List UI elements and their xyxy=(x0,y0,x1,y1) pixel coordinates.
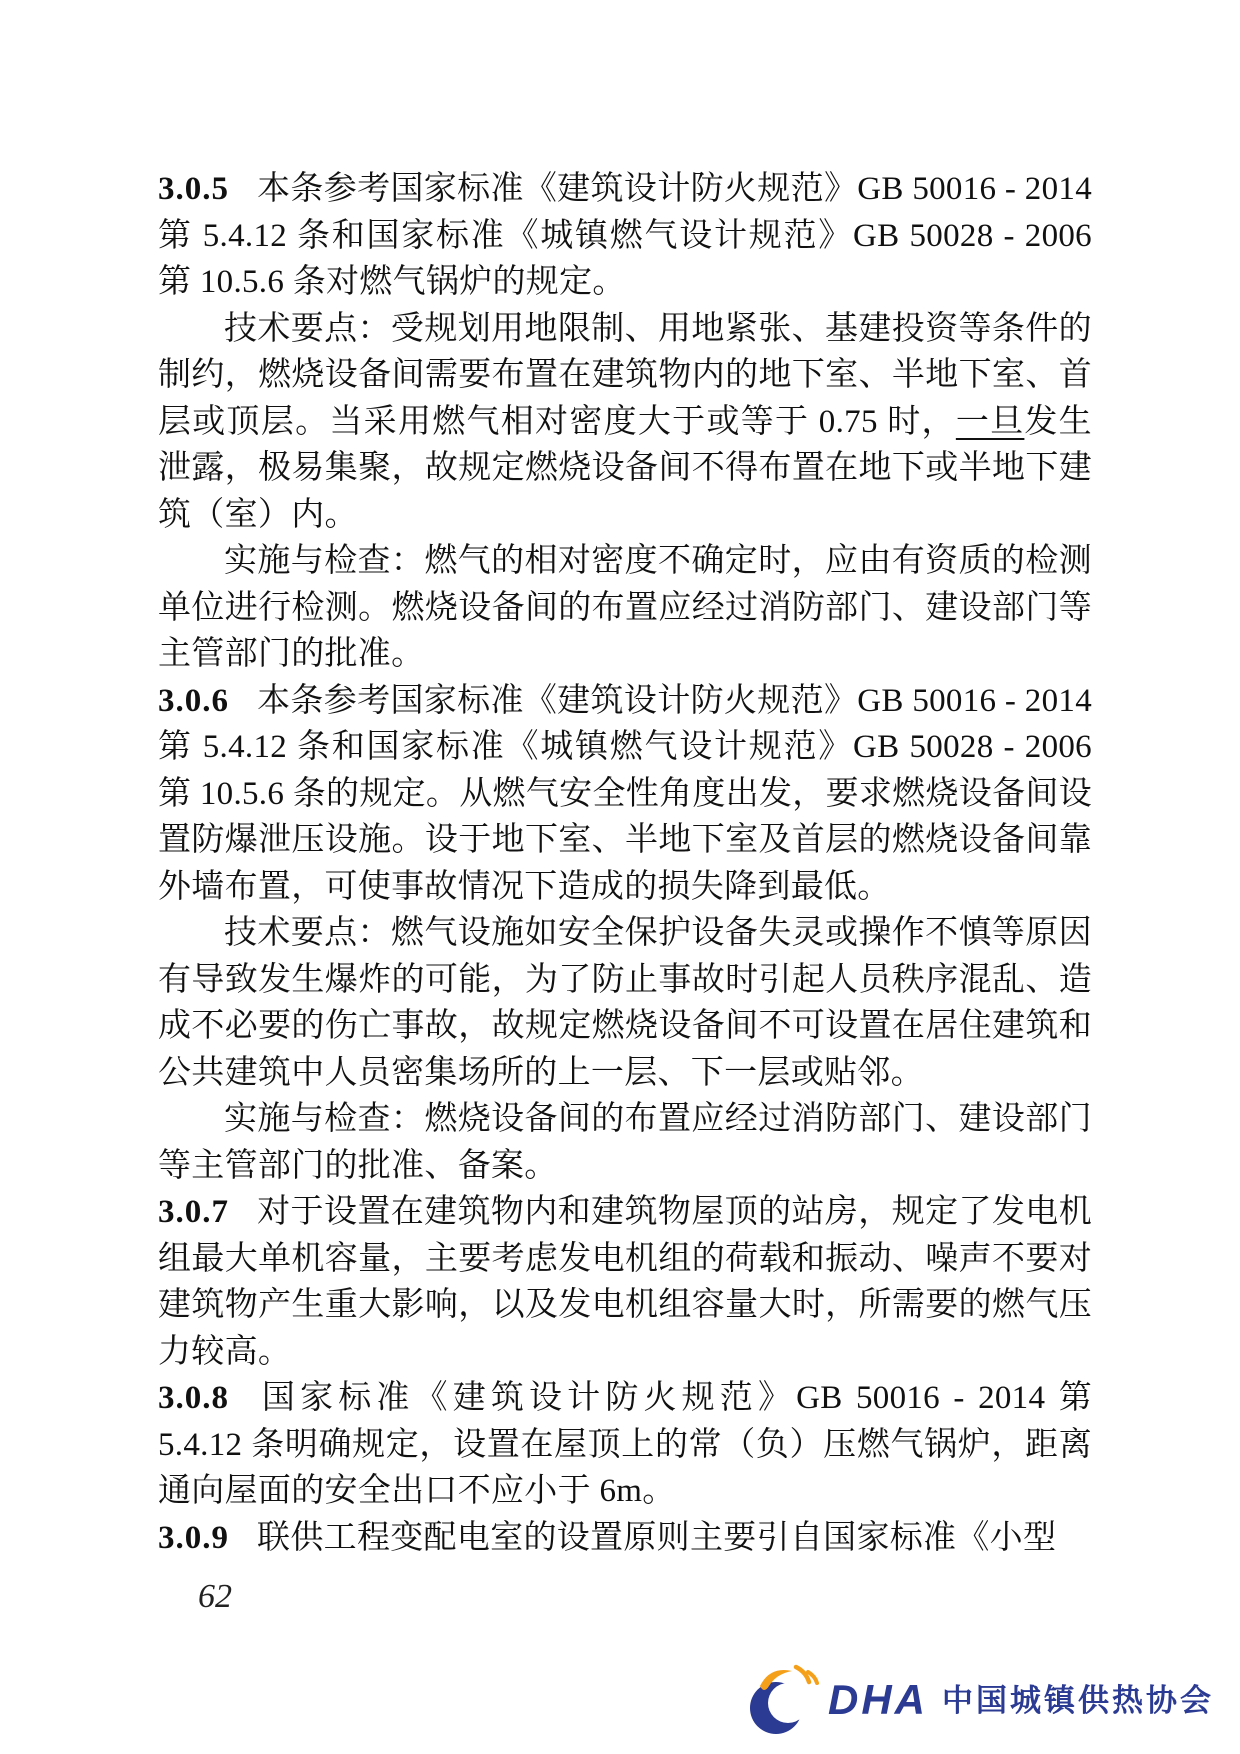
association-logo: DHA 中国城镇供热协会 xyxy=(746,1664,1214,1736)
text-run: 技术要点：燃气设施如安全保护设备失灵或操作不慎等原因有导致发生爆炸的可能，为了防… xyxy=(158,915,1092,1091)
document-body: 3.0.5本条参考国家标准《建筑设计防火规范》GB 50016 - 2014 第… xyxy=(158,166,1092,1561)
logo-organization-name: 中国城镇供热协会 xyxy=(942,1685,1214,1716)
clause-number: 3.0.7 xyxy=(158,1194,229,1230)
text-run: 联供工程变配电室的设置原则主要引自国家标准《小型 xyxy=(257,1520,1056,1556)
text-run: 本条参考国家标准《建筑设计防火规范》GB 50016 - 2014 第 5.4.… xyxy=(158,171,1092,300)
text-run: 技术要点：受规划用地限制、用地紧张、基建投资等条件的制约，燃烧设备间需要布置在建… xyxy=(158,311,1092,440)
page-number: 62 xyxy=(198,1578,232,1616)
clause-paragraph: 3.0.9联供工程变配电室的设置原则主要引自国家标准《小型 xyxy=(158,1515,1092,1562)
text-run: 实施与检查：燃气的相对密度不确定时，应由有资质的检测单位进行检测。燃烧设备间的布… xyxy=(158,543,1092,672)
document-page: 3.0.5本条参考国家标准《建筑设计防火规范》GB 50016 - 2014 第… xyxy=(0,0,1240,1754)
cdha-crescent-icon xyxy=(746,1664,830,1736)
logo-acronym: DHA xyxy=(828,1679,928,1721)
text-run: 实施与检查：燃烧设备间的布置应经过消防部门、建设部门等主管部门的批准、备案。 xyxy=(158,1101,1092,1184)
clause-number: 3.0.6 xyxy=(158,683,229,719)
commentary-paragraph: 实施与检查：燃烧设备间的布置应经过消防部门、建设部门等主管部门的批准、备案。 xyxy=(158,1096,1092,1189)
clause-number: 3.0.5 xyxy=(158,171,229,207)
clause-paragraph: 3.0.6本条参考国家标准《建筑设计防火规范》GB 50016 - 2014 第… xyxy=(158,678,1092,911)
commentary-paragraph: 实施与检查：燃气的相对密度不确定时，应由有资质的检测单位进行检测。燃烧设备间的布… xyxy=(158,538,1092,678)
clause-number: 3.0.8 xyxy=(158,1380,229,1416)
underlined-text-run: 一旦 xyxy=(956,404,1025,440)
text-run: 对于设置在建筑物内和建筑物屋顶的站房，规定了发电机组最大单机容量，主要考虑发电机… xyxy=(158,1194,1092,1370)
clause-number: 3.0.9 xyxy=(158,1520,229,1556)
clause-paragraph: 3.0.8国家标准《建筑设计防火规范》GB 50016 - 2014 第 5.4… xyxy=(158,1375,1092,1515)
clause-paragraph: 3.0.7对于设置在建筑物内和建筑物屋顶的站房，规定了发电机组最大单机容量，主要… xyxy=(158,1189,1092,1375)
commentary-paragraph: 技术要点：受规划用地限制、用地紧张、基建投资等条件的制约，燃烧设备间需要布置在建… xyxy=(158,306,1092,539)
text-run: 本条参考国家标准《建筑设计防火规范》GB 50016 - 2014 第 5.4.… xyxy=(158,683,1092,905)
clause-paragraph: 3.0.5本条参考国家标准《建筑设计防火规范》GB 50016 - 2014 第… xyxy=(158,166,1092,306)
commentary-paragraph: 技术要点：燃气设施如安全保护设备失灵或操作不慎等原因有导致发生爆炸的可能，为了防… xyxy=(158,910,1092,1096)
text-run: 国家标准《建筑设计防火规范》GB 50016 - 2014 第 5.4.12 条… xyxy=(158,1380,1092,1509)
